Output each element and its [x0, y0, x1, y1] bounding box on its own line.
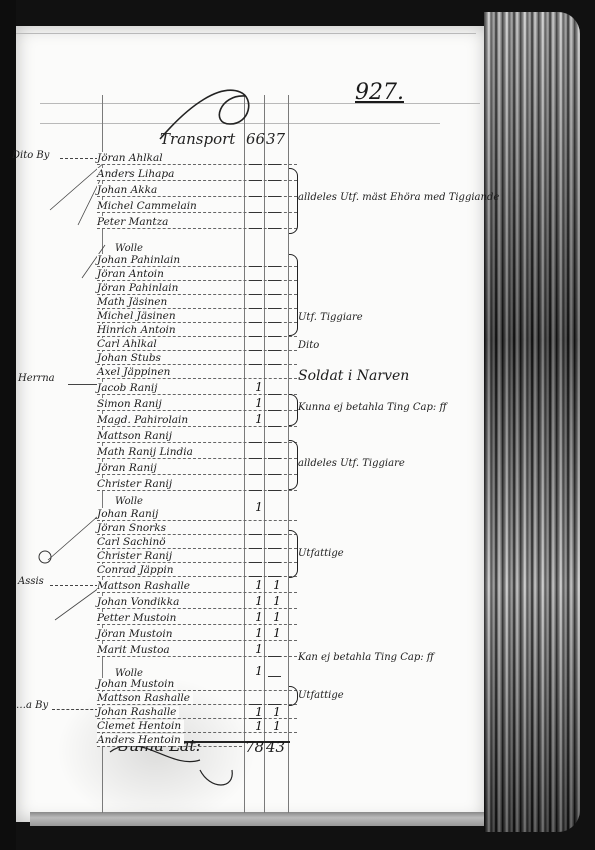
- empty-count-dash: [249, 458, 262, 459]
- ledger-row: Michel Cammelain: [97, 200, 297, 216]
- margin-leader: [60, 158, 98, 159]
- remark: Dito: [298, 340, 319, 351]
- empty-count-dash: [268, 534, 281, 535]
- empty-count-dash: [268, 322, 281, 323]
- page-bottom-edge: [30, 812, 486, 826]
- count-a: 1: [250, 626, 268, 640]
- count-a: 1: [250, 500, 268, 514]
- ledger-row: Peter Mantza: [97, 216, 297, 232]
- remark: alldeles Utf. mäst Ehöra med Tiggiande: [298, 192, 499, 203]
- transport-value-b: 37: [266, 130, 285, 148]
- remark-brace: [289, 394, 298, 426]
- margin-note: Dito By: [12, 150, 49, 161]
- empty-count-dash: [249, 308, 262, 309]
- empty-count-dash: [249, 164, 262, 165]
- empty-count-dash: [249, 212, 262, 213]
- transport-label: Transport: [160, 130, 235, 148]
- margin-leader: [68, 384, 98, 385]
- book-page-edges: [484, 12, 580, 832]
- empty-count-dash: [268, 308, 281, 309]
- empty-count-dash: [268, 548, 281, 549]
- page-number: 927.: [355, 80, 404, 105]
- remark: alldeles Utf. Tiggiare: [298, 458, 405, 469]
- ledger-row: Jöran Ahlkal: [97, 152, 297, 168]
- empty-count-dash: [249, 266, 262, 267]
- empty-count-dash: [249, 548, 262, 549]
- empty-count-dash: [268, 562, 281, 563]
- empty-count-dash: [249, 474, 262, 475]
- empty-count-dash: [249, 228, 262, 229]
- ledger-row: Math Ranij Lindia: [97, 446, 297, 462]
- empty-count-dash: [249, 490, 262, 491]
- empty-count-dash: [268, 394, 281, 395]
- count-b: 1: [268, 626, 286, 640]
- transport-value-a: 66: [246, 130, 265, 148]
- margin-leader: [50, 585, 98, 586]
- remark: Kunna ej betahla Ting Cap: ff: [298, 402, 447, 413]
- empty-count-dash: [268, 180, 281, 181]
- empty-count-dash: [249, 718, 262, 719]
- remark-brace: [289, 530, 298, 578]
- book-spine-shadow: [0, 0, 16, 850]
- empty-count-dash: [268, 704, 281, 705]
- count-a: 1: [250, 705, 268, 719]
- empty-count-dash: [249, 350, 262, 351]
- ledger-row: Jöran Ranij: [97, 462, 297, 478]
- empty-count-dash: [249, 562, 262, 563]
- empty-count-dash: [268, 336, 281, 337]
- empty-count-dash: [249, 534, 262, 535]
- empty-count-dash: [268, 280, 281, 281]
- empty-count-dash: [268, 228, 281, 229]
- empty-count-dash: [268, 458, 281, 459]
- empty-count-dash: [268, 364, 281, 365]
- remark: Utfattige: [298, 690, 344, 701]
- ledger-row: Christer Ranij: [97, 478, 297, 494]
- ruling-line: [40, 103, 480, 104]
- remark: Utfattige: [298, 548, 344, 559]
- ruling-line: [16, 33, 476, 34]
- empty-count-dash: [268, 490, 281, 491]
- summa-value-a: 78: [245, 738, 264, 756]
- ledger-row: Mattson Ranij: [97, 430, 297, 446]
- count-a: 1: [250, 594, 268, 608]
- subheading: Wolle: [115, 496, 143, 507]
- empty-count-dash: [268, 164, 281, 165]
- empty-count-dash: [268, 410, 281, 411]
- margin-note: Herrna: [18, 373, 55, 384]
- count-b: 1: [268, 719, 286, 733]
- ledger-row: Johan Akka: [97, 184, 297, 200]
- empty-count-dash: [268, 656, 281, 657]
- empty-count-dash: [268, 474, 281, 475]
- count-b: 1: [268, 594, 286, 608]
- count-a: 1: [250, 719, 268, 733]
- empty-count-dash: [249, 576, 262, 577]
- empty-count-dash: [268, 426, 281, 427]
- empty-count-dash: [268, 196, 281, 197]
- empty-count-dash: [268, 212, 281, 213]
- empty-count-dash: [268, 676, 281, 677]
- empty-count-dash: [249, 336, 262, 337]
- subheading: Wolle: [115, 243, 143, 254]
- empty-count-dash: [249, 280, 262, 281]
- count-a: 1: [250, 664, 268, 678]
- empty-count-dash: [268, 266, 281, 267]
- empty-count-dash: [268, 442, 281, 443]
- count-a: 1: [250, 642, 268, 656]
- remark-brace: [289, 254, 298, 336]
- remark: Kan ej betahla Ting Cap: ff: [298, 652, 434, 663]
- empty-count-dash: [249, 196, 262, 197]
- remark-brace: [289, 440, 298, 490]
- remark: Utf. Tiggiare: [298, 312, 363, 323]
- empty-count-dash: [249, 180, 262, 181]
- count-a: 1: [250, 412, 268, 426]
- remark: Soldat i Narven: [298, 368, 409, 384]
- count-b: 1: [268, 705, 286, 719]
- margin-note: Assis: [18, 576, 44, 587]
- count-a: 1: [250, 396, 268, 410]
- count-a: 1: [250, 380, 268, 394]
- empty-count-dash: [249, 364, 262, 365]
- margin-leader: [52, 709, 98, 710]
- count-a: 1: [250, 578, 268, 592]
- count-a: 1: [250, 610, 268, 624]
- count-b: 1: [268, 578, 286, 592]
- empty-count-dash: [268, 350, 281, 351]
- count-b: 1: [268, 610, 286, 624]
- remark-brace: [289, 168, 298, 234]
- empty-count-dash: [249, 442, 262, 443]
- empty-count-dash: [249, 704, 262, 705]
- empty-count-dash: [249, 322, 262, 323]
- empty-count-dash: [268, 576, 281, 577]
- empty-count-dash: [249, 294, 262, 295]
- ledger-row: Anders Lihapa: [97, 168, 297, 184]
- empty-count-dash: [268, 294, 281, 295]
- margin-note: …a By: [16, 700, 48, 711]
- summa-value-b: 43: [266, 738, 285, 756]
